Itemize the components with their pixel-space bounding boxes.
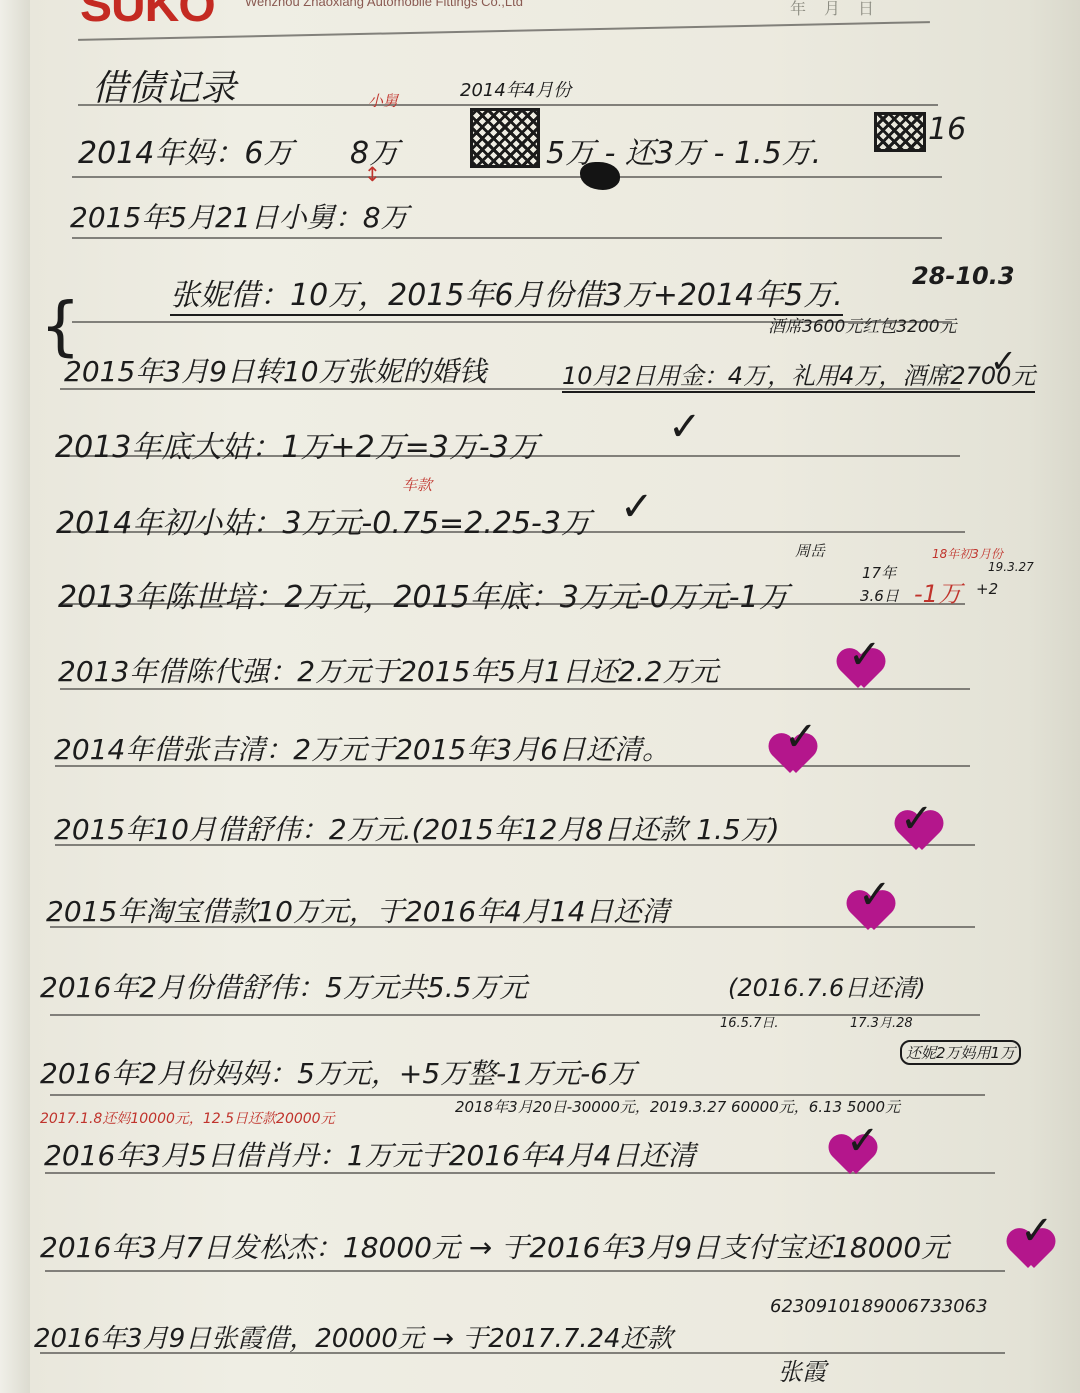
entry-text: 2014年初小姑：3万元-0.75=2.25-3万 xyxy=(56,498,591,542)
ruled-line xyxy=(50,1014,980,1016)
entry-text: 2016年3月5日借肖丹：1万元于2016年4月4日还清 xyxy=(44,1134,696,1174)
entry-text: 2016年2月份妈妈：5万元，+5万整-1万元-6万 xyxy=(40,1052,636,1092)
entry-tail: 3.6日 xyxy=(860,585,899,606)
entry-text: 2013年陈世培：2万元，2015年底：3万元-0万元-1万 xyxy=(58,572,789,616)
entry-text: 5万 - 还3万 - 1.5万. xyxy=(546,128,821,172)
bank-account-number: 6230910189006733063 xyxy=(770,1296,988,1317)
check-icon: ✓ xyxy=(848,632,882,678)
scribble-out xyxy=(470,108,540,168)
scribble-out xyxy=(874,112,926,152)
entry-text: 2016年2月份借舒伟：5万元共5.5万元 xyxy=(40,966,527,1006)
entry-black-line: 2018年3月20日-30000元，2019.3.27 60000元，6.13 … xyxy=(455,1096,900,1117)
check-icon: ✓ xyxy=(990,342,1017,380)
brand-logo: SUKO xyxy=(80,0,215,33)
entry-paren: (2016.7.6日还清) xyxy=(728,968,926,1003)
month-label: 月 xyxy=(824,0,858,18)
entry-text: 2015年5月21日小舅：8万 xyxy=(70,196,409,236)
entry-note: 17年 xyxy=(862,562,896,583)
check-icon: ✓ xyxy=(846,1118,880,1164)
entry-note: 28-10.3 xyxy=(912,262,1015,290)
ruled-line xyxy=(72,237,942,239)
arrow-icon: ↕ xyxy=(364,162,381,186)
signature: 张霞 xyxy=(778,1352,826,1387)
entry-text: 2016年3月9日张霞借，20000元 → 于2017.7.24还款 xyxy=(34,1318,673,1355)
entry-text: 2015年淘宝借款10万元，于2016年4月14日还清 xyxy=(46,890,670,930)
check-icon: ✓ xyxy=(1020,1208,1054,1254)
entry-red-note: 小舅 xyxy=(368,90,398,111)
entry-text: 2014年借张吉清：2万元于2015年3月6日还清。 xyxy=(54,728,670,768)
entry-note: 19.3.27 xyxy=(988,560,1034,574)
entry-box-note: 还妮2万妈用1万 xyxy=(900,1040,1021,1065)
entry-extra: 10月2日用金：4万，礼用4万，酒席2700元 xyxy=(562,356,1035,393)
entry-text: 2015年3月9日转10万张妮的婚钱 xyxy=(64,350,487,390)
entry-note: 周岳 xyxy=(795,540,825,561)
entry-text: 张妮借：10万，2015年6月份借3万+2014年5万. xyxy=(170,270,843,316)
page-title: 借债记录 xyxy=(92,60,236,111)
day-label: 日 xyxy=(858,0,892,18)
entry-note: 16 xyxy=(928,112,966,147)
entry-text: 2013年借陈代强：2万元于2015年5月1日还2.2万元 xyxy=(58,650,719,690)
date-fields: 年月日 xyxy=(790,0,892,19)
entry-sub-note: 17.3月.28 xyxy=(850,1012,913,1031)
entry-text: 2016年3月7日发松杰：18000元 → 于2016年3月9日支付宝还1800… xyxy=(40,1226,949,1266)
entry-tail: +2 xyxy=(976,580,998,598)
check-icon: ✓ xyxy=(620,484,654,530)
check-icon: ✓ xyxy=(668,404,702,450)
page-left-edge xyxy=(0,0,30,1393)
check-icon: ✓ xyxy=(900,796,934,842)
check-icon: ✓ xyxy=(858,872,892,918)
check-icon: ✓ xyxy=(784,714,818,760)
entry-sub-note: 酒席3600元红包3200元 xyxy=(768,312,957,337)
entry-text: 2013年底大姑：1万+2万=3万-3万 xyxy=(55,422,539,466)
entry-red-note: 车款 xyxy=(402,474,432,495)
ruled-line xyxy=(45,1270,1005,1272)
year-label: 年 xyxy=(790,0,824,18)
entry-red-line: 2017.1.8还妈10000元，12.5日还款20000元 xyxy=(40,1108,335,1128)
entry-text: 2014年妈：6万 xyxy=(78,128,293,172)
entry-text: 2015年10月借舒伟：2万元.(2015年12月8日还款 1.5万) xyxy=(54,808,780,848)
entry-note: 2014年4月份 xyxy=(460,76,571,102)
entry-red-tail: -1万 xyxy=(914,574,962,609)
ruled-line xyxy=(72,176,942,178)
company-name: Wenzhou Zhaoxiang Automobile Fittings Co… xyxy=(245,0,523,9)
entry-sub-note: 16.5.7日. xyxy=(720,1012,778,1031)
